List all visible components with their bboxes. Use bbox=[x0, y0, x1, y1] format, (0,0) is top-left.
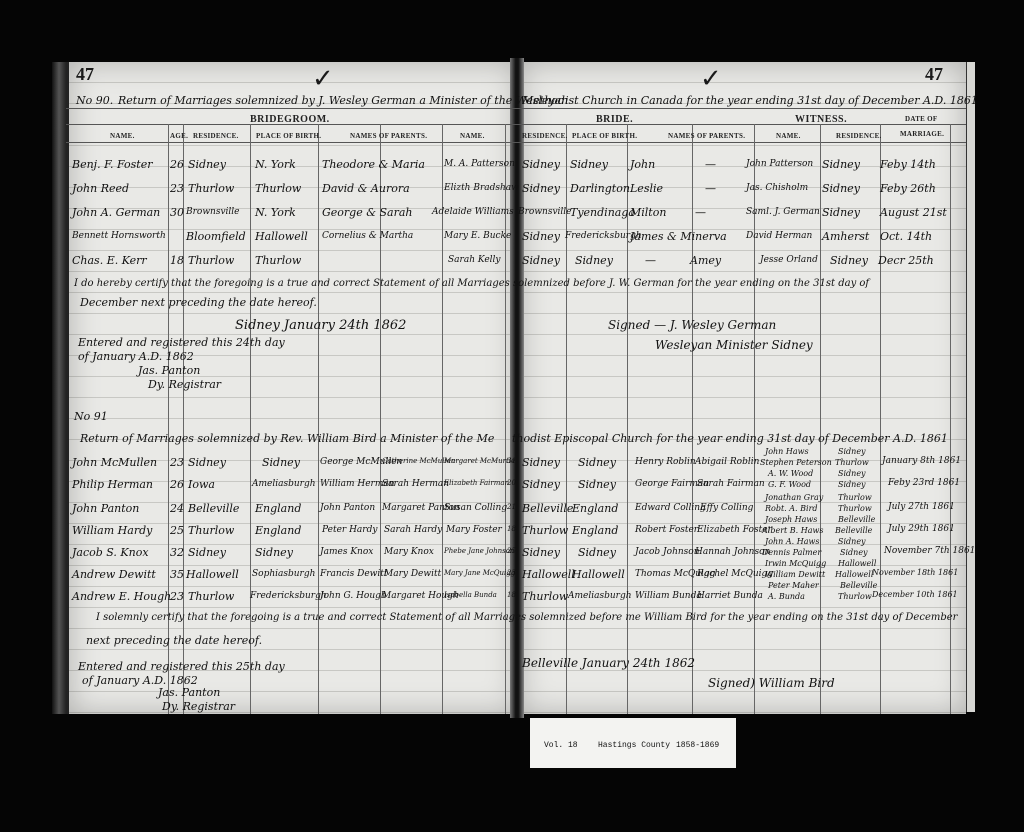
bride-name: Susan Colling bbox=[444, 503, 507, 513]
bride-residence: Hallowell bbox=[522, 568, 575, 581]
marriage-date: January 8th 1861 bbox=[882, 456, 961, 466]
return-90-number: No 90. bbox=[76, 94, 113, 107]
bride-parents-2: — bbox=[695, 206, 706, 219]
witness-2: G. F. Wood bbox=[768, 480, 811, 489]
return-90-signature: Signed — J. Wesley German bbox=[608, 318, 776, 332]
header-witness: WITNESS. bbox=[795, 114, 847, 125]
bride-residence: Sidney bbox=[522, 456, 560, 469]
bride-mother: Effy Colling bbox=[700, 503, 753, 513]
witness-name: Saml. J. German bbox=[746, 207, 820, 217]
header-marriage: MARRIAGE. bbox=[900, 130, 944, 138]
witness-residence-2: Thurlow bbox=[835, 458, 869, 467]
bride-residence: Sidney bbox=[522, 478, 560, 491]
groom-birthplace: Hallowell bbox=[255, 230, 308, 243]
groom-birthplace: Thurlow bbox=[255, 182, 301, 195]
marriage-date: Oct. 14th bbox=[880, 230, 932, 243]
groom-residence: Bloomfield bbox=[186, 230, 246, 243]
bride-birthplace: Sidney bbox=[578, 456, 616, 469]
return-90-entered: Entered and registered this 24th day bbox=[78, 336, 285, 349]
witness-residence-2: Hallowell bbox=[835, 570, 873, 579]
col-groom-parents: NAMES OF PARENTS. bbox=[350, 132, 427, 140]
groom-birthplace: Sophiasburgh bbox=[252, 569, 315, 579]
bride-residence: Sidney bbox=[522, 254, 560, 267]
groom-birthplace: England bbox=[255, 524, 301, 537]
bride-father: William Bunda bbox=[635, 591, 702, 601]
column-divider bbox=[250, 124, 251, 714]
bride-birthplace: Darlington bbox=[570, 182, 630, 195]
col-bride-birthplace: PLACE OF BIRTH. bbox=[572, 132, 637, 140]
return-91-signature: Signed) William Bird bbox=[708, 676, 835, 690]
bride-mother: Harriet Bunda bbox=[697, 591, 763, 601]
bride-name: Phebe Jane Johnson bbox=[444, 547, 514, 555]
witness-name: Jesse Orland bbox=[760, 255, 818, 265]
check-mark-icon: ✓ bbox=[312, 64, 334, 94]
bride-name: Adelaide Williams bbox=[432, 207, 514, 217]
witness-residence: Sidney bbox=[830, 254, 868, 267]
marriage-date: Decr 25th bbox=[878, 254, 934, 267]
bride-parents: James & Minerva bbox=[630, 230, 727, 243]
groom-name: John A. German bbox=[72, 206, 160, 219]
bride-parents: — bbox=[645, 254, 656, 267]
return-91-registrar-title: Dy. Registrar bbox=[162, 700, 235, 713]
groom-residence: Thurlow bbox=[188, 524, 234, 537]
witness-1: Jonathan Gray bbox=[765, 493, 823, 502]
witness-residence-2: Thurlow bbox=[838, 504, 872, 513]
groom-age: 26 bbox=[170, 158, 184, 171]
bride-birthplace: Sidney bbox=[570, 158, 608, 171]
groom-father: James Knox bbox=[320, 547, 373, 557]
page-edge-right bbox=[966, 62, 975, 712]
bride-parents-2: Amey bbox=[690, 254, 721, 267]
bride-age: 20 bbox=[507, 479, 516, 487]
marriage-date: Feby 26th bbox=[880, 182, 936, 195]
bride-name: Isabella Bunda bbox=[444, 591, 497, 599]
col-groom-name: NAME. bbox=[110, 132, 135, 140]
groom-birthplace: Fredericksburgh bbox=[250, 591, 327, 601]
bride-mother: Hannah Johnson bbox=[695, 547, 770, 557]
bride-age: 25 bbox=[507, 547, 516, 555]
bride-birthplace: Sidney bbox=[578, 478, 616, 491]
bride-age: 21 bbox=[507, 503, 516, 511]
groom-age: 18 bbox=[170, 254, 184, 267]
witness-residence-2: Thurlow bbox=[838, 592, 872, 601]
bride-mother: Rachel McQuigg bbox=[697, 569, 773, 579]
witness-residence-1: Belleville bbox=[838, 515, 875, 524]
groom-mother: Sarah Hardy bbox=[384, 525, 442, 535]
witness-residence: Amherst bbox=[822, 230, 869, 243]
witness-residence: Sidney bbox=[822, 158, 860, 171]
marriage-date: August 21st bbox=[880, 206, 947, 219]
witness-1: A. W. Wood bbox=[768, 469, 813, 478]
archive-volume: Vol. 18 bbox=[544, 741, 578, 750]
bride-name: Mary E. Bucke bbox=[444, 231, 511, 241]
bride-mother: Abigail Roblin bbox=[695, 457, 759, 467]
bride-birthplace: Sidney bbox=[578, 546, 616, 559]
return-91-certification-2: next preceding the date hereof. bbox=[86, 634, 262, 647]
groom-residence: Sidney bbox=[188, 546, 226, 559]
bride-birthplace: England bbox=[572, 502, 618, 515]
bride-residence: Thurlow bbox=[522, 524, 568, 537]
bride-residence: Sidney bbox=[522, 158, 560, 171]
bride-birthplace: Hallowell bbox=[572, 568, 625, 581]
bride-name: Margaret McMurtle bbox=[444, 457, 515, 465]
bride-residence: Sidney bbox=[522, 230, 560, 243]
return-91-number: No 91 bbox=[74, 410, 108, 423]
bride-birthplace: England bbox=[572, 524, 618, 537]
return-91-title-left: Return of Marriages solemnized by Rev. W… bbox=[80, 432, 494, 445]
archive-county: Hastings County bbox=[598, 741, 670, 750]
bride-residence: Thurlow bbox=[522, 590, 568, 603]
col-witness-residence: RESIDENCE. bbox=[836, 132, 882, 140]
bride-parents-2: — bbox=[705, 158, 716, 171]
marriage-date: Feby 23rd 1861 bbox=[888, 478, 960, 488]
marriage-date: November 18th 1861 bbox=[872, 568, 958, 577]
groom-age: 23 bbox=[170, 182, 184, 195]
groom-mother: Mary Knox bbox=[384, 547, 434, 557]
groom-birthplace: Sidney bbox=[255, 546, 293, 559]
return-90-registrar-title: Dy. Registrar bbox=[148, 378, 221, 391]
column-divider bbox=[950, 124, 951, 714]
groom-residence: Iowa bbox=[188, 478, 215, 491]
marriage-date: December 10th 1861 bbox=[872, 590, 958, 599]
groom-residence: Thurlow bbox=[188, 254, 234, 267]
groom-age: 23 bbox=[170, 456, 184, 469]
bride-age: 31 bbox=[507, 457, 516, 465]
return-91-place-date: Belleville January 24th 1862 bbox=[522, 656, 695, 670]
bride-mother: Sarah Fairman bbox=[697, 479, 765, 489]
witness-residence-2: Belleville bbox=[835, 526, 872, 535]
groom-residence: Thurlow bbox=[188, 590, 234, 603]
groom-residence: Thurlow bbox=[188, 182, 234, 195]
witness-1: John Haws bbox=[765, 447, 809, 456]
groom-birthplace: England bbox=[255, 502, 301, 515]
groom-name: Andrew E. Hough bbox=[72, 590, 171, 603]
return-91-registrar: Jas. Panton bbox=[158, 686, 220, 699]
groom-name: Andrew Dewitt bbox=[72, 568, 156, 581]
groom-mother: Mary Dewitt bbox=[384, 569, 441, 579]
groom-residence: Sidney bbox=[188, 456, 226, 469]
witness-residence-1: Belleville bbox=[840, 581, 877, 590]
groom-name: Philip Herman bbox=[72, 478, 153, 491]
marriage-date: July 29th 1861 bbox=[888, 524, 955, 534]
groom-age: 23 bbox=[170, 590, 184, 603]
bride-parents: Milton bbox=[630, 206, 666, 219]
header-bridegroom: BRIDEGROOM. bbox=[250, 114, 330, 125]
groom-birthplace: Sidney bbox=[262, 456, 300, 469]
groom-birthplace: Ameliasburgh bbox=[252, 479, 316, 489]
bride-father: Edward Colling bbox=[635, 503, 706, 513]
return-90-place-date: Sidney January 24th 1862 bbox=[235, 318, 406, 333]
groom-parents: George & Sarah bbox=[322, 206, 413, 219]
groom-name: Benj. F. Foster bbox=[72, 158, 152, 171]
column-divider bbox=[318, 124, 319, 714]
groom-age: 35 bbox=[170, 568, 184, 581]
return-90-title-right: Methodist Church in Canada for the year … bbox=[522, 94, 978, 107]
witness-residence: Sidney bbox=[822, 206, 860, 219]
return-90-entered-2: of January A.D. 1862 bbox=[78, 350, 194, 363]
bride-name: Mary Jane McQuigg bbox=[444, 569, 515, 577]
return-90-signature-title: Wesleyan Minister Sidney bbox=[655, 338, 813, 352]
witness-2: Stephen Peterson bbox=[760, 458, 832, 467]
groom-name: John Panton bbox=[72, 502, 139, 515]
bride-parents: Leslie bbox=[630, 182, 663, 195]
groom-age: 25 bbox=[170, 524, 184, 537]
return-91-certification: I solemnly certify that the foregoing is… bbox=[96, 612, 957, 623]
archive-years: 1858-1869 bbox=[676, 741, 719, 750]
witness-2: Dennis Palmer bbox=[762, 548, 821, 557]
return-90-certification-2: December next preceding the date hereof. bbox=[80, 296, 317, 309]
witness-2: Robt. A. Bird bbox=[765, 504, 818, 513]
marriage-date: November 7th 1861 bbox=[884, 546, 975, 556]
witness-residence-1: Hallowell bbox=[838, 559, 876, 568]
archive-label: Vol. 18 Hastings County 1858-1869 bbox=[530, 718, 736, 768]
bride-age: 18 bbox=[507, 591, 516, 599]
return-91-entered: Entered and registered this 25th day bbox=[78, 660, 285, 673]
check-mark-icon: ✓ bbox=[700, 64, 722, 94]
bride-residence: Brownsville bbox=[518, 207, 572, 217]
bride-name: Mary Foster bbox=[446, 525, 502, 535]
witness-residence-1: Sidney bbox=[838, 447, 866, 456]
groom-residence: Hallowell bbox=[186, 568, 239, 581]
groom-birthplace: Thurlow bbox=[255, 254, 301, 267]
witness-residence-2: Sidney bbox=[840, 548, 868, 557]
witness-residence-1: Thurlow bbox=[838, 493, 872, 502]
bride-father: Henry Roblin bbox=[635, 457, 696, 467]
groom-residence: Sidney bbox=[188, 158, 226, 171]
groom-residence: Brownsville bbox=[186, 207, 240, 217]
groom-residence: Belleville bbox=[188, 502, 239, 515]
groom-father: John Panton bbox=[320, 503, 375, 513]
bride-parents: John bbox=[630, 158, 655, 171]
bride-residence: Sidney bbox=[522, 546, 560, 559]
groom-age: 26 bbox=[170, 478, 184, 491]
header-date-of: DATE OF bbox=[905, 115, 938, 123]
witness-1: John A. Haws bbox=[765, 537, 819, 546]
groom-parents: Cornelius & Martha bbox=[322, 231, 413, 241]
groom-birthplace: N. York bbox=[255, 206, 296, 219]
col-groom-birthplace: PLACE OF BIRTH. bbox=[256, 132, 321, 140]
groom-age: 24 bbox=[170, 502, 184, 515]
col-groom-age: AGE. bbox=[170, 132, 188, 140]
column-divider bbox=[820, 124, 821, 714]
column-divider bbox=[168, 124, 169, 714]
groom-age: 30 bbox=[170, 206, 184, 219]
witness-1: Irwin McQuigg bbox=[765, 559, 826, 568]
page-number-left: 47 bbox=[76, 64, 94, 85]
title-rule bbox=[66, 108, 966, 109]
witness-residence: Sidney bbox=[822, 182, 860, 195]
return-90-title-left: Return of Marriages solemnized by J. Wes… bbox=[118, 94, 568, 107]
groom-parents: David & Aurora bbox=[322, 182, 410, 195]
col-bride-residence: RESIDENCE. bbox=[522, 132, 568, 140]
bride-mother: Elizabeth Foster bbox=[697, 525, 772, 535]
groom-age: 32 bbox=[170, 546, 184, 559]
witness-1: Joseph Haws bbox=[765, 515, 817, 524]
witness-2: A. Bunda bbox=[768, 592, 805, 601]
groom-mother: Sarah Herman bbox=[382, 479, 449, 489]
bride-name: Elizth Bradshaw bbox=[444, 183, 519, 193]
bride-parents-2: — bbox=[705, 182, 716, 195]
witness-residence-1: Sidney bbox=[838, 537, 866, 546]
bride-name: M. A. Patterson bbox=[444, 159, 515, 169]
bride-age: 23 bbox=[507, 569, 516, 577]
witness-name: Jas. Chisholm bbox=[746, 183, 808, 193]
groom-father: Peter Hardy bbox=[322, 525, 377, 535]
groom-name: John Reed bbox=[72, 182, 129, 195]
groom-name: William Hardy bbox=[72, 524, 152, 537]
witness-residence-1: Sidney bbox=[838, 469, 866, 478]
marriage-date: July 27th 1861 bbox=[888, 502, 955, 512]
bride-birthplace: Ameliasburgh bbox=[568, 591, 632, 601]
bride-father: Robert Foster bbox=[635, 525, 698, 535]
column-divider bbox=[692, 124, 693, 714]
groom-birthplace: N. York bbox=[255, 158, 296, 171]
groom-father: John G. Hough bbox=[320, 591, 387, 601]
header-bride: BRIDE. bbox=[596, 114, 633, 125]
bride-residence: Sidney bbox=[522, 182, 560, 195]
book-binding-left bbox=[52, 62, 66, 714]
bride-father: Jacob Johnson bbox=[635, 547, 700, 557]
col-groom-residence: RESIDENCE. bbox=[193, 132, 239, 140]
witness-residence-2: Sidney bbox=[838, 480, 866, 489]
groom-name: John McMullen bbox=[72, 456, 157, 469]
witness-2: Albert B. Haws bbox=[762, 526, 823, 535]
bride-birthplace: Tyendinaga bbox=[570, 206, 635, 219]
witness-1: Peter Maher bbox=[768, 581, 819, 590]
col-witness-name: NAME. bbox=[776, 132, 801, 140]
groom-parents: Theodore & Maria bbox=[322, 158, 425, 171]
bride-name: Sarah Kelly bbox=[448, 255, 501, 265]
bride-name: Elizabeth Fairman bbox=[444, 479, 509, 487]
return-90-certification: I do hereby certify that the foregoing i… bbox=[74, 278, 869, 289]
bride-birthplace: Sidney bbox=[575, 254, 613, 267]
witness-name: John Patterson bbox=[746, 159, 813, 169]
page-number-right: 47 bbox=[925, 64, 943, 85]
groom-name: Jacob S. Knox bbox=[72, 546, 149, 559]
witness-2: William Dewitt bbox=[765, 570, 825, 579]
bride-age: 18 bbox=[507, 525, 516, 533]
groom-name: Bennett Hornsworth bbox=[72, 231, 166, 241]
header-rule bbox=[66, 142, 966, 143]
marriage-date: Feby 14th bbox=[880, 158, 936, 171]
bride-residence: Belleville bbox=[522, 502, 573, 515]
return-91-title-right: thodist Episcopal Church for the year en… bbox=[512, 432, 948, 445]
col-bride-parents: NAMES OF PARENTS. bbox=[668, 132, 745, 140]
col-bride-name: NAME. bbox=[460, 132, 485, 140]
return-90-registrar: Jas. Panton bbox=[138, 364, 200, 377]
witness-name: David Herman bbox=[746, 231, 812, 241]
groom-name: Chas. E. Kerr bbox=[72, 254, 147, 267]
groom-father: Francis Dewitt bbox=[320, 569, 387, 579]
